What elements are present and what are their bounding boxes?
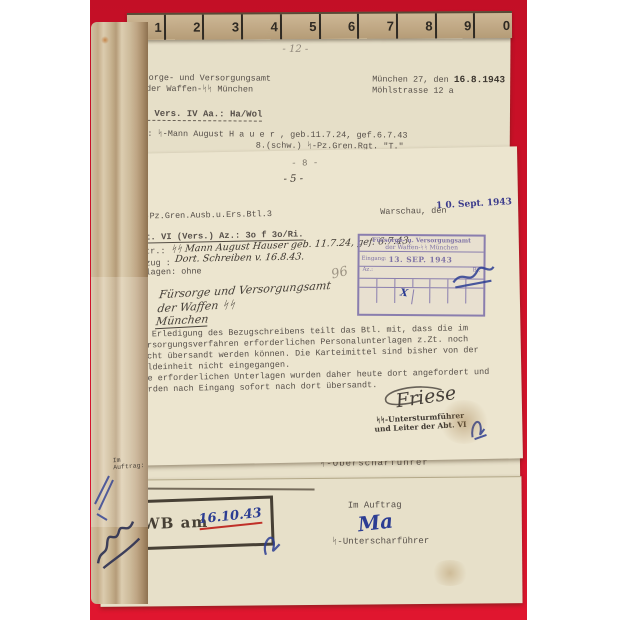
date-stamp: 1 0. Sept. 1943 — [436, 197, 512, 211]
addr-line1: Fürsorge und Versorgungsamt — [158, 279, 331, 301]
eingang-date: 13. SEP. 1943 — [389, 254, 453, 263]
sender-line2: der Waffen-ᛋᛋ München — [128, 83, 271, 94]
wb-stamp-date: 16.10.43 — [198, 506, 263, 531]
subject-line: Betr.: ᛋ-Mann August H a u e r , geb.11.… — [122, 129, 408, 141]
sender-line1: Fürsorge- und Versorgungsamt — [128, 73, 271, 84]
az-label: Az.: — [362, 267, 373, 278]
pencil-note-96: 96 — [330, 264, 350, 282]
receipt-stamp-box: Fürsorge- u. Versorgungsamt der Waffen-ᛋ… — [357, 234, 486, 317]
im-auftrag-line: Im Auftrag — [348, 500, 402, 510]
handwritten-scribble — [89, 514, 145, 566]
letter-date: 16.8.1943 — [454, 74, 505, 85]
ruler-number: 6 — [320, 14, 359, 39]
ruler-number: 9 — [437, 13, 476, 38]
paper-stain — [430, 560, 470, 586]
ruler-number: 3 — [204, 14, 243, 39]
page-number-8: - 8 - — [291, 158, 318, 169]
sender-block: Fürsorge- und Versorgungsamt der Waffen-… — [128, 73, 271, 95]
im-auftrag-sliver: Im Auftrag: — [113, 455, 149, 471]
page-number-12: - 12 - — [282, 44, 308, 55]
bezug-handwritten: Dort. Schreiben v. 16.8.43. — [174, 251, 305, 265]
place-date-block: München 27, den 16.8.1943 Möhlstrasse 12… — [372, 74, 505, 96]
ruler-number: 7 — [359, 14, 398, 39]
stamp-x-mark: X — [394, 287, 414, 304]
bottom-sheet: auf Ihre WB am 16.10.43 Im Auftrag Ma ᛋ-… — [99, 476, 522, 607]
unit-line: ᛋᛋ-Pz.Gren.Ausb.u.Ers.Btl.3 — [134, 209, 272, 222]
photo-of-documents: 1 2 3 4 5 6 7 8 9 0 - 12 - Fürsorge- und… — [0, 0, 620, 620]
ruler-number: 5 — [282, 14, 321, 39]
rank-unterscharfuehrer: ᛋ-Unterscharführer — [332, 536, 429, 547]
curled-page-edges: Im Auftrag: — [91, 22, 148, 604]
addr-line3: München — [155, 312, 209, 329]
ruler-strip: 1 2 3 4 5 6 7 8 9 0 — [127, 11, 512, 40]
ruler-number: 2 — [166, 15, 205, 40]
signature-ma: Ma — [357, 509, 395, 537]
blue-ink-initial — [259, 528, 286, 559]
ruler-number: 0 — [475, 13, 512, 38]
page-number-5: - 5 - — [283, 173, 303, 184]
wb-date-stamp-box: WB am 16.10.43 — [133, 496, 275, 551]
ruler-number: 8 — [398, 13, 437, 38]
handwritten-address: Fürsorge und Versorgungsamt der Waffen ᛋ… — [155, 279, 332, 329]
street-address: Möhlstrasse 12 a — [372, 85, 454, 96]
subject-text: ᛋ-Mann August H a u e r , geb.11.7.24, g… — [158, 129, 408, 141]
place-date: München 27, den — [372, 74, 449, 85]
eingang-label: Eingang: — [360, 256, 389, 262]
paper-stain — [101, 36, 109, 44]
ruler-number: 4 — [243, 14, 282, 39]
blue-ink-scribble — [451, 260, 495, 290]
paper-stain — [438, 400, 490, 444]
